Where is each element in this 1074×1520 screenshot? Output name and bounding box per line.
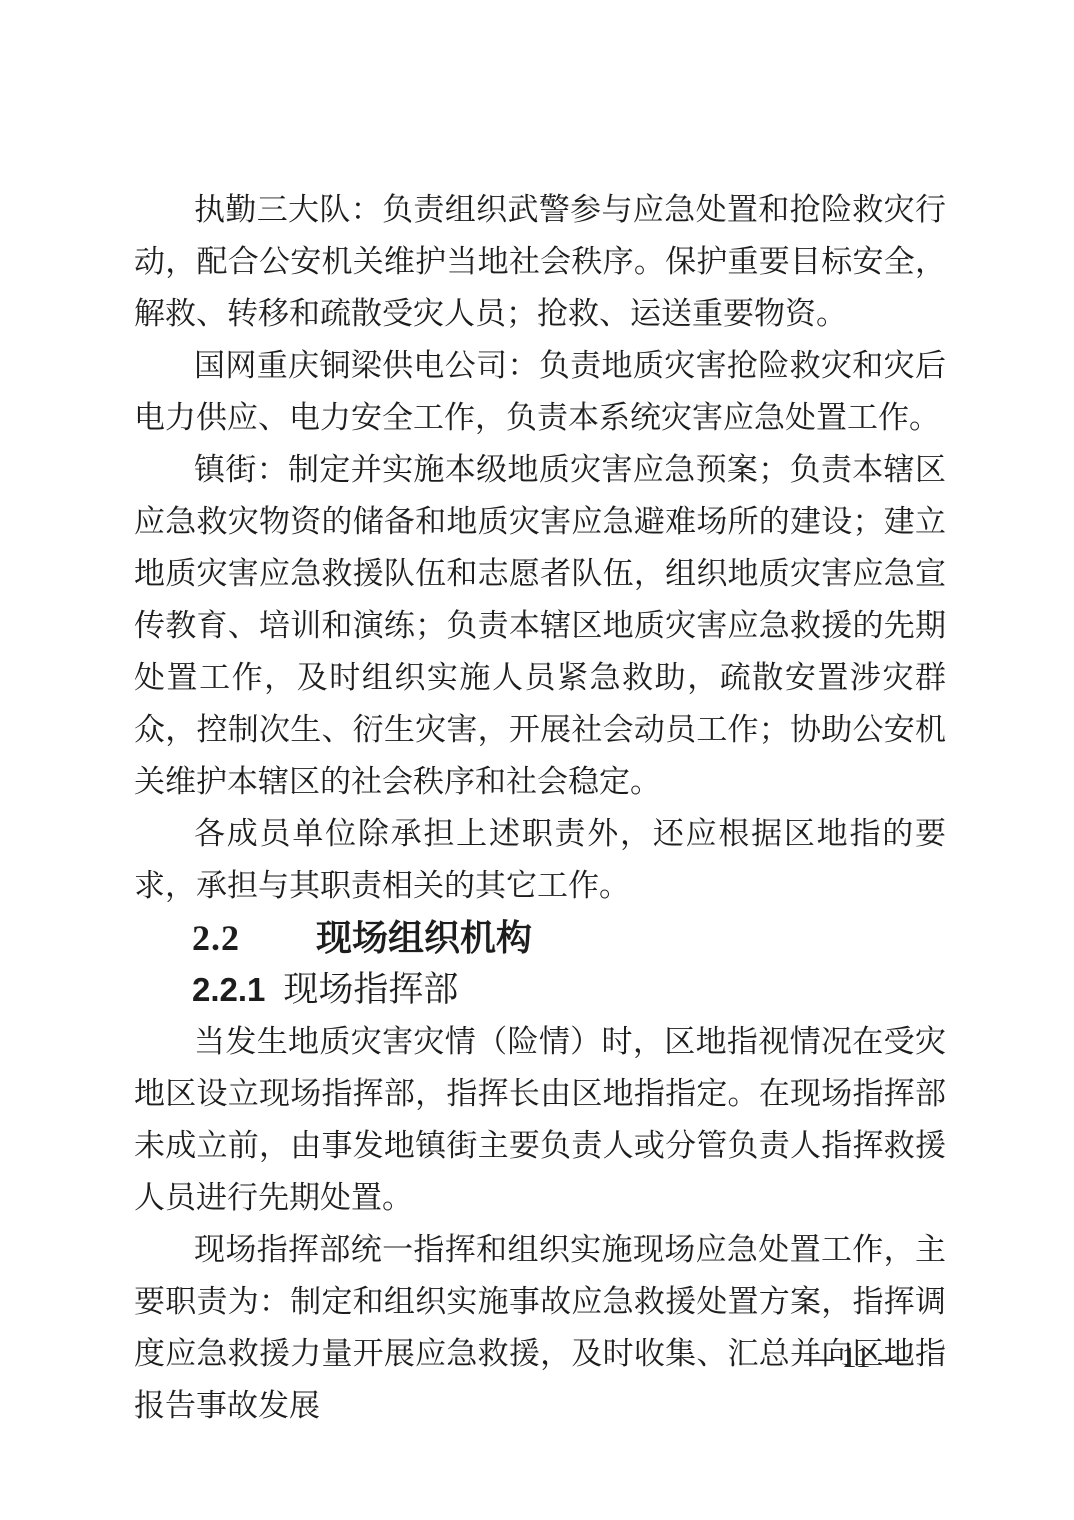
document-body: 执勤三大队：负责组织武警参与应急处置和抢险救灾行动，配合公安机关维护当地社会秩序… bbox=[134, 184, 946, 1432]
paragraph-duty-brigade: 执勤三大队：负责组织武警参与应急处置和抢险救灾行动，配合公安机关维护当地社会秩序… bbox=[134, 184, 946, 340]
heading-title: 现场指挥部 bbox=[283, 970, 458, 1009]
page-number: — 11 — bbox=[804, 1341, 908, 1374]
heading-title: 现场组织机构 bbox=[316, 918, 532, 958]
heading-number: 2.2 bbox=[192, 912, 240, 964]
paragraph-onsite-setup: 当发生地质灾害灾情（险情）时，区地指视情况在受灾地区设立现场指挥部，指挥长由区地… bbox=[134, 1016, 946, 1224]
heading-number: 2.2.1 bbox=[192, 964, 265, 1016]
section-heading-2-2: 2.2现场组织机构 bbox=[134, 912, 946, 964]
section-heading-2-2-1: 2.2.1现场指挥部 bbox=[134, 964, 946, 1016]
paragraph-member-units: 各成员单位除承担上述职责外，还应根据区地指的要求，承担与其职责相关的其它工作。 bbox=[134, 808, 946, 912]
document-page: 执勤三大队：负责组织武警参与应急处置和抢险救灾行动，配合公安机关维护当地社会秩序… bbox=[0, 0, 1074, 1520]
paragraph-town-street: 镇街：制定并实施本级地质灾害应急预案；负责本辖区应急救灾物资的储备和地质灾害应急… bbox=[134, 444, 946, 808]
page-footer: — 11 — bbox=[804, 1336, 908, 1380]
paragraph-onsite-duties: 现场指挥部统一指挥和组织实施现场应急处置工作，主要职责为：制定和组织实施事故应急… bbox=[134, 1224, 946, 1432]
paragraph-power-company: 国网重庆铜梁供电公司：负责地质灾害抢险救灾和灾后电力供应、电力安全工作，负责本系… bbox=[134, 340, 946, 444]
